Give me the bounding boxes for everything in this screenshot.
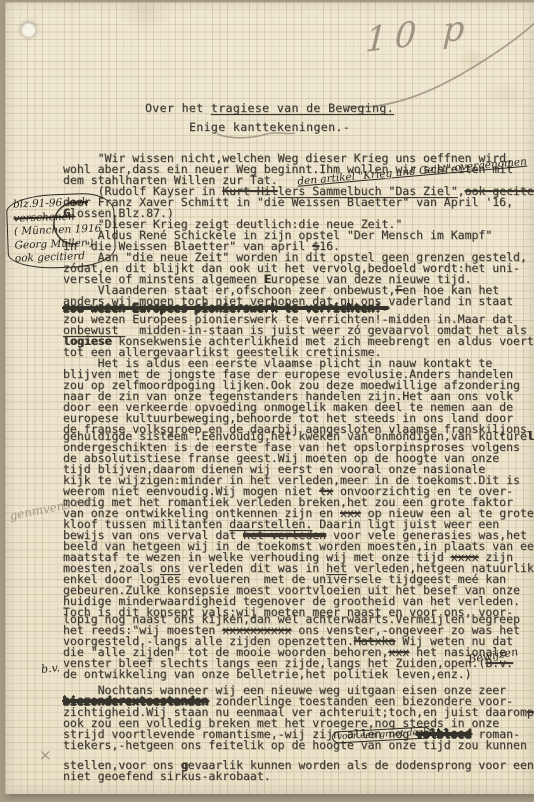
doc-title: Over het tragiese van de Beweging. [5, 102, 534, 115]
pencil-page-mark: 10 p [364, 7, 473, 61]
typed-line: de ontwikkeling van onze belletrie,het p… [63, 669, 534, 680]
margin-note: blz.91-96, ookverschenen( München 1916Ge… [6, 192, 116, 269]
graph-paper: Over het tragiese van de Beweging. Enige… [5, 2, 534, 794]
pencil-x-mark: × [39, 746, 52, 764]
title-underlined: tragiese van de Beweging. [211, 101, 394, 115]
typed-line: tiekers,-hetgeen ons feitelik op de hoog… [63, 740, 534, 751]
page-scan: Over het tragiese van de Beweging. Enige… [0, 0, 534, 802]
doc-subtitle: Enige kanttekeningen.- [5, 121, 534, 134]
typed-line: niet geoefend sirkus-akrobaat. [63, 771, 534, 782]
margin-bv-note: b.v. [40, 661, 60, 676]
title-plain: Over het [145, 101, 211, 115]
punch-hole [21, 22, 36, 37]
